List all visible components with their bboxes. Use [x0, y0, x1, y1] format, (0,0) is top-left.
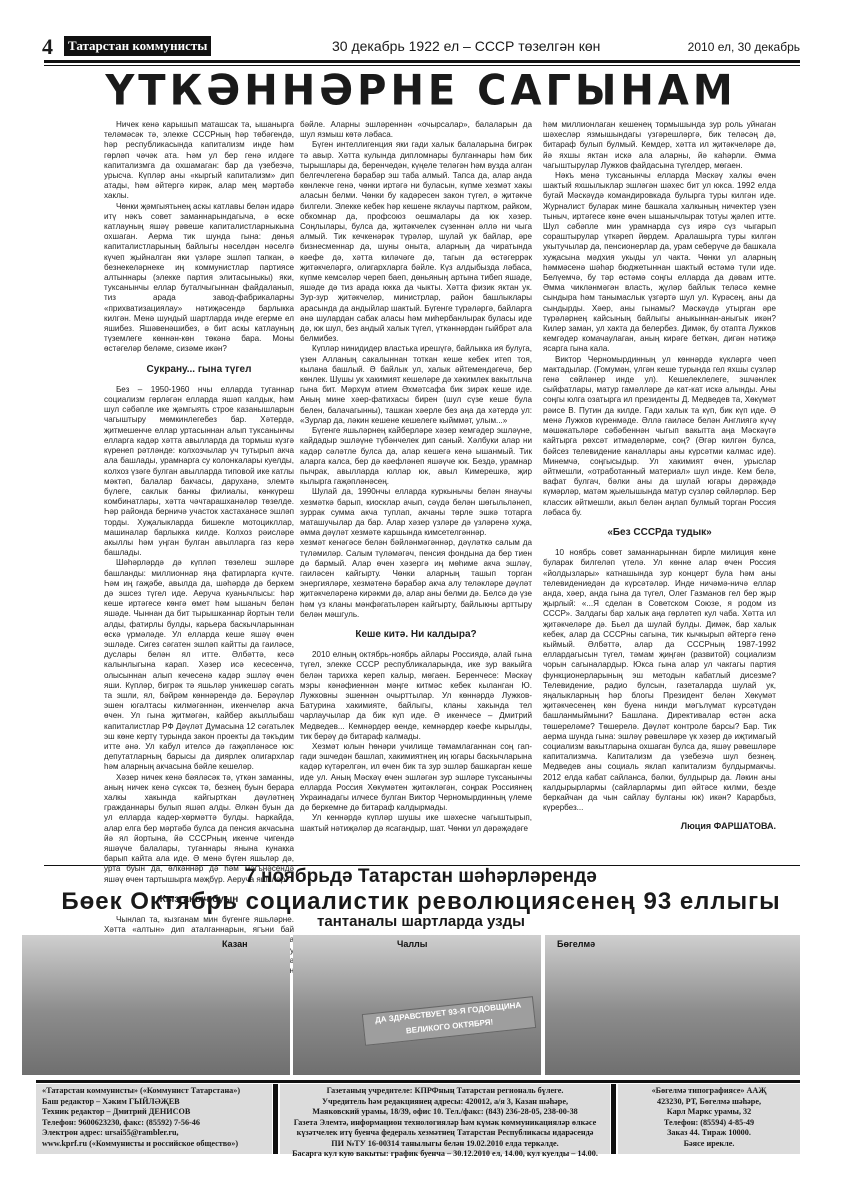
paragraph: Без – 1950-1960 нчы елларда туганнар соц… [104, 385, 294, 558]
footer-line: Электрон адрес: ursai55@rambler.ru, [42, 1128, 266, 1139]
masthead: 4 Татарстан коммунисты 30 декабрь 1922 е… [22, 34, 800, 60]
paragraph: һәм миллионлаган кешенең тормышында зур … [543, 120, 776, 171]
photo-caption: Чаллы [397, 939, 427, 949]
paragraph: 10 ноябрь совет заманнарыннан бирле мили… [543, 548, 776, 813]
header-rule-thin [44, 65, 800, 66]
author-signature: Люция ФАРШАТОВА. [543, 821, 776, 831]
article-column-1: Ничек кенә карышып маташсак та, ышанырга… [104, 120, 294, 986]
footer-line: Техник редактор – Дмитрий ДЕНИСОВ [42, 1107, 266, 1118]
photo-chally: Чаллы ДА ЗДРАВСТВУЕТ 93-Я ГОДОВЩИНА ВЕЛИ… [293, 935, 541, 1075]
paragraph: Виктор Черномырдинның ул көннәрдә күкләр… [543, 355, 776, 518]
paragraph: Ничек кенә карышып маташсак та, ышанырга… [104, 120, 294, 202]
paragraph: хезмәт кенәгәсе белән бәйләнмәгәннәр, дә… [300, 538, 532, 620]
photo-kazan: Казан [22, 935, 290, 1075]
photo-bugulma: Бөгелмә [545, 935, 800, 1075]
photo-caption: Казан [222, 939, 248, 949]
footer-line: Бәясе ирекле. [624, 1139, 794, 1150]
section-subhead: Кеше китә. Ни калдыра? [300, 630, 532, 640]
footer-line: Басарга кул кую вакыты: график буенча – … [286, 1149, 604, 1160]
section-subhead: Сукрану... гына түгел [104, 365, 294, 375]
feature-line-3: тантаналы шартларда узды [0, 913, 842, 930]
footer-line: күзәтчелек итү буенча федераль хезмәтнең… [286, 1128, 604, 1139]
article-column-3: һәм миллионлаган кешенең тормышында зур … [543, 120, 776, 832]
footer-line: Газетаның учредителе: КПРФның Татарстан … [286, 1086, 604, 1097]
paper-name-logo: Татарстан коммунисты [64, 36, 211, 56]
center-caption: 30 декабрь 1922 ел – СССР төзелгән көн [332, 38, 600, 54]
footer-editorial-info: «Татарстан коммунисты» («Коммунист Татар… [36, 1084, 272, 1154]
footer-separator [611, 1084, 616, 1154]
paragraph: Күпләр нинидидер властька ирешүгә, байлы… [300, 344, 532, 426]
footer-line: Баш редактор – Хәким ГЫЙЛӘҖЕВ [42, 1097, 266, 1108]
footer-line: Маяковский урамы, 18/39, офис 10. Тел./ф… [286, 1107, 604, 1118]
demonstration-banner: ДА ЗДРАВСТВУЕТ 93-Я ГОДОВЩИНА ВЕЛИКОГО О… [362, 996, 536, 1046]
paragraph: Бүген интеллигенция яки гади халык балал… [300, 140, 532, 344]
footer-line: «Бөгелмә типографиясе» ААҖ [624, 1086, 794, 1097]
paragraph: 2010 елның октябрь-ноябрь айлары Россияд… [300, 650, 532, 742]
paragraph: Чөнки җәмгыятьнең аскы катлавы белән ида… [104, 202, 294, 355]
paragraph: Нәкъ менә туксанынчы елларда Мәскәү халк… [543, 171, 776, 355]
paragraph: бәйле. Аларны эшләреннән «очырсалар», ба… [300, 120, 532, 140]
footer-line: Карл Маркс урамы, 32 [624, 1107, 794, 1118]
footer-line: ПИ №ТУ 16-00314 танылыгы белән 19.02.201… [286, 1139, 604, 1150]
paragraph: Ул кеннәрдә күпләр шушы ике шәхесне чагы… [300, 813, 532, 833]
footer-line: www.kprf.ru («Коммунисты и российское об… [42, 1139, 266, 1150]
footer-line: Учредитель һәм редакциянең адресы: 42001… [286, 1097, 604, 1108]
footer-separator [273, 1084, 278, 1154]
paragraph: Шәһәрләрдә дә күпләп төзелеш эшләре башл… [104, 558, 294, 772]
footer-line: Заказ 44. Тираж 10000. [624, 1128, 794, 1139]
paragraph: Шулай да, 1990нчы елларда куркынычы белә… [300, 487, 532, 538]
footer-line: Газета Элемтә, информацион технологияләр… [286, 1118, 604, 1129]
footer-printing-info: «Бөгелмә типографиясе» ААҖ 423230, РТ, Б… [618, 1084, 800, 1154]
page-headline: ҮТКӘННӘРНЕ САГЫНАМ [0, 67, 842, 115]
header-rule-thick [44, 60, 800, 63]
feature-line-2: Бөек Октябрь социалистик революциясенең … [0, 888, 842, 916]
footer-line: 423230, РТ, Бөгелмә шәһәре, [624, 1097, 794, 1108]
feature-line-1: 7 ноябрьдә Татарстан шәһәрләрендә [0, 866, 842, 888]
footer-line: «Татарстан коммунисты» («Коммунист Татар… [42, 1086, 266, 1097]
footer-publisher-info: Газетаның учредителе: КПРФның Татарстан … [280, 1084, 610, 1154]
article-column-2: бәйле. Аларны эшләреннән «очырсалар», ба… [300, 120, 532, 834]
section-subhead: «Без СССРда тудык» [543, 528, 776, 538]
paragraph: Бүгенге яшьләрнең кайберләре хәзер кемгә… [300, 426, 532, 487]
footer-line: Телефон: (85594) 4-85-49 [624, 1118, 794, 1129]
footer-rule [36, 1080, 800, 1083]
footer-line: Телефон: 9600623230, факс: (85592) 7-56-… [42, 1118, 266, 1129]
page-number: 4 [42, 34, 53, 60]
photo-caption: Бөгелмә [557, 939, 595, 949]
issue-date: 2010 ел, 30 декабрь [688, 40, 800, 54]
paragraph: Хезмәт юлын һөнәри училище тәмамлаганнан… [300, 742, 532, 813]
